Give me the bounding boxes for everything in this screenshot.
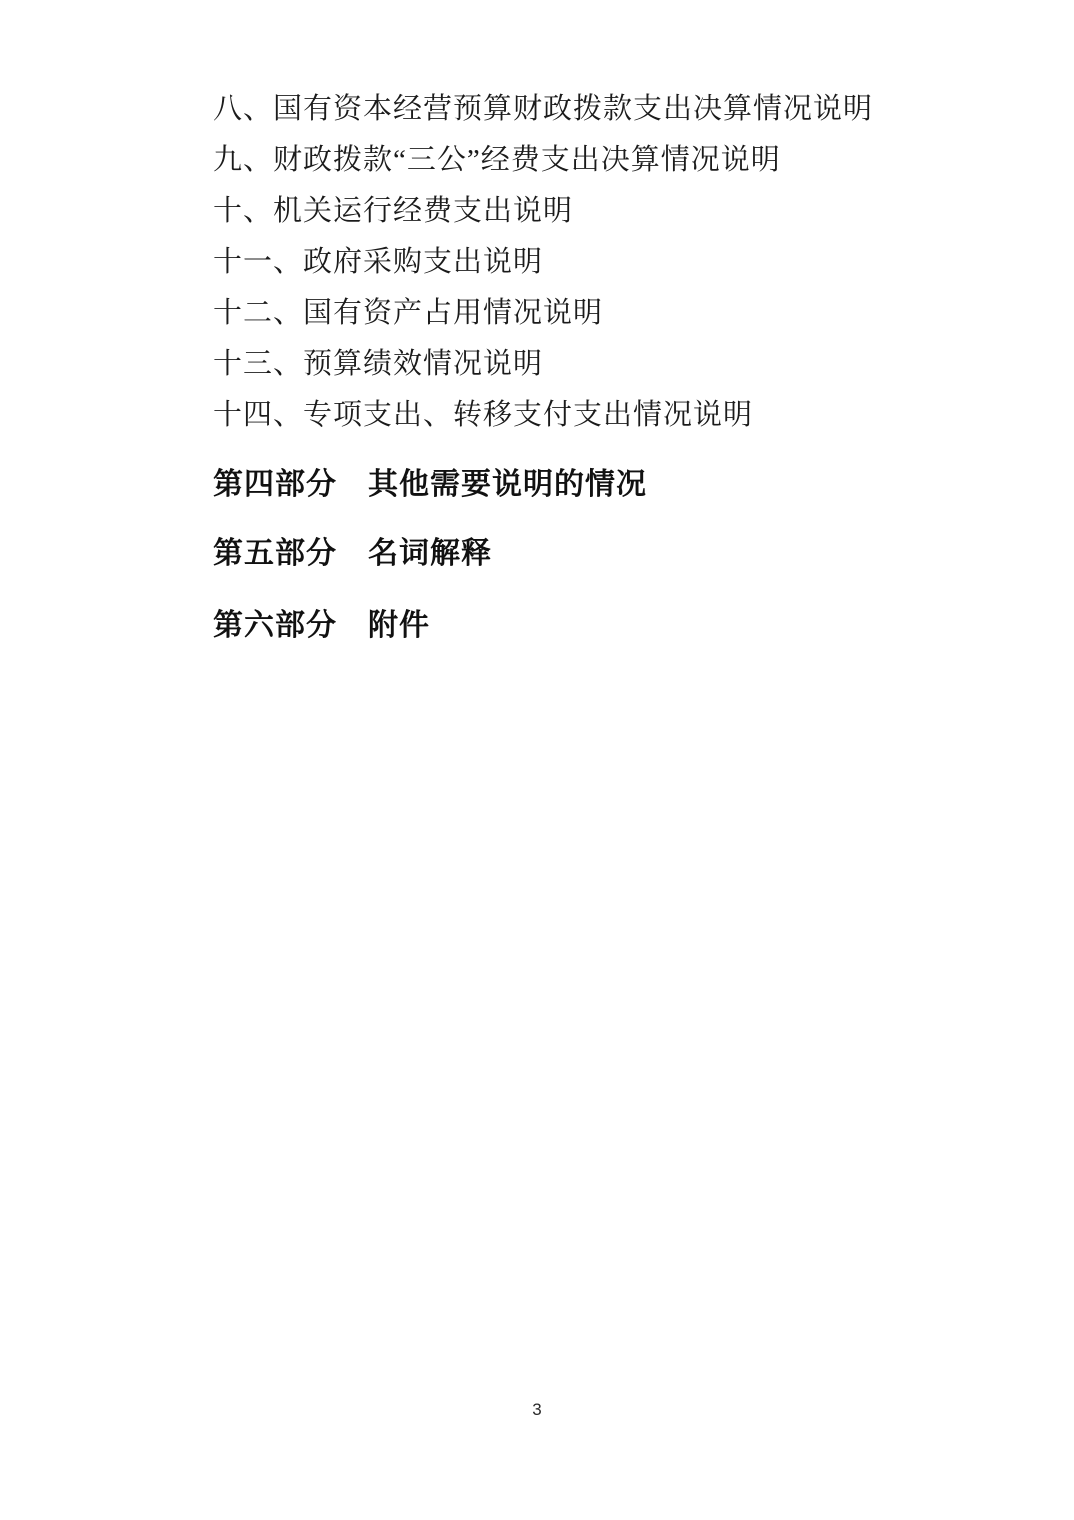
toc-item-9: 九、财政拨款“三公”经费支出决算情况说明 <box>213 132 1014 183</box>
section-heading-part4: 第四部分 其他需要说明的情况 <box>213 456 1014 506</box>
page-number: 3 <box>532 1400 541 1419</box>
toc-item-13: 十三、预算绩效情况说明 <box>213 336 1014 387</box>
toc-item-8: 八、国有资本经营预算财政拨款支出决算情况说明 <box>213 81 1014 132</box>
section-heading-part5: 第五部分 名词解释 <box>213 525 1014 575</box>
toc-item-14: 十四、专项支出、转移支付支出情况说明 <box>213 387 1014 438</box>
toc-item-11: 十一、政府采购支出说明 <box>213 234 1014 285</box>
section-heading-part6: 第六部分 附件 <box>213 597 1014 647</box>
page-footer: 3 <box>0 1400 1074 1420</box>
page-content: 八、国有资本经营预算财政拨款支出决算情况说明 九、财政拨款“三公”经费支出决算情… <box>213 81 1014 647</box>
document-page: 八、国有资本经营预算财政拨款支出决算情况说明 九、财政拨款“三公”经费支出决算情… <box>0 0 1074 1520</box>
toc-item-12: 十二、国有资产占用情况说明 <box>213 285 1014 336</box>
toc-list: 八、国有资本经营预算财政拨款支出决算情况说明 九、财政拨款“三公”经费支出决算情… <box>213 81 1014 438</box>
toc-item-10: 十、机关运行经费支出说明 <box>213 183 1014 234</box>
